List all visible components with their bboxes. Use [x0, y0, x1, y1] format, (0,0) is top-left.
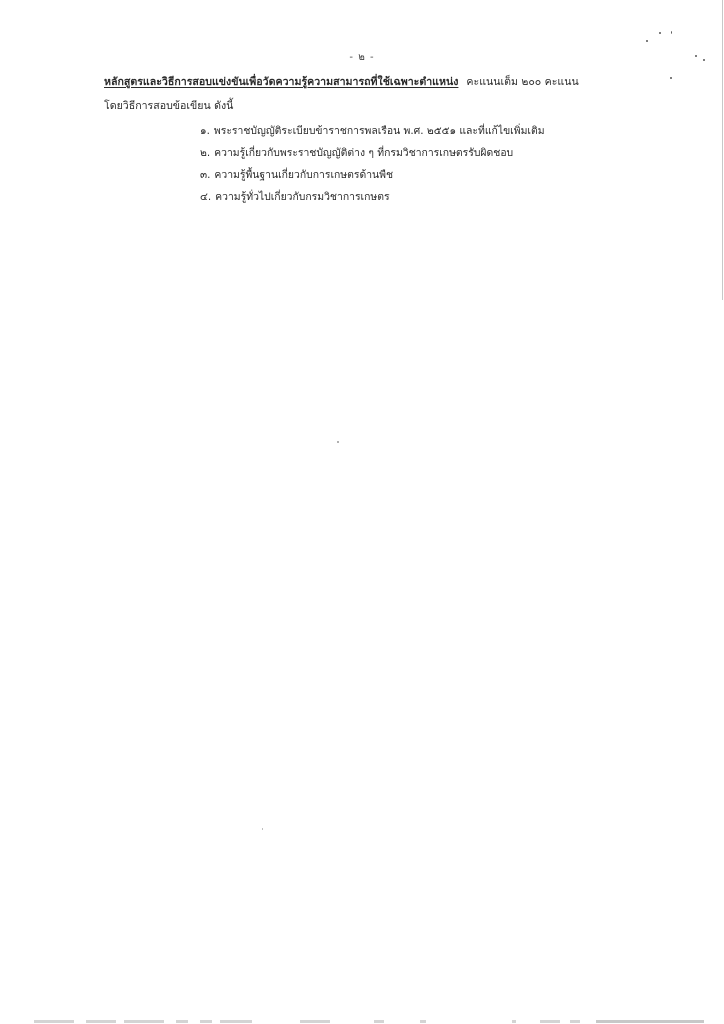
page-number: - ๒ - [0, 50, 724, 65]
bleed-through-mark [176, 1020, 188, 1023]
bleed-through-mark [570, 1020, 580, 1023]
bleed-through-mark [34, 1020, 74, 1023]
scan-speck [671, 31, 672, 34]
section-heading-title: หลักสูตรและวิธีการสอบแข่งขันเพื่อวัดความ… [104, 76, 458, 88]
bleed-through-mark [374, 1020, 384, 1023]
syllabus-item: ๒.ความรู้เกี่ยวกับพระราชบัญญัติต่าง ๆ ที… [200, 142, 545, 164]
syllabus-item: ๓.ความรู้พื้นฐานเกี่ยวกับการเกษตรด้านพืช [200, 164, 545, 186]
scan-speck [337, 441, 339, 443]
scan-speck [670, 77, 672, 79]
bleed-through-mark [300, 1020, 330, 1023]
syllabus-item: ๑.พระราชบัญญัติระเบียบข้าราชการพลเรือน พ… [200, 120, 545, 142]
bleed-through-mark [124, 1020, 164, 1023]
syllabus-item-text: ความรู้ทั่วไปเกี่ยวกับกรมวิชาการเกษตร [215, 191, 389, 203]
syllabus-item-text: ความรู้เกี่ยวกับพระราชบัญญัติต่าง ๆ ที่ก… [214, 147, 513, 159]
bleed-through-mark [86, 1020, 116, 1023]
scan-speck [262, 828, 263, 830]
syllabus-list: ๑.พระราชบัญญัติระเบียบข้าราชการพลเรือน พ… [200, 120, 545, 208]
bleed-through-mark [420, 1020, 426, 1023]
exam-method-text: โดยวิธีการสอบข้อเขียน ดังนี้ [104, 98, 233, 114]
bleed-through-mark [200, 1020, 212, 1023]
bleed-through-mark [540, 1020, 560, 1023]
syllabus-item-number: ๔. [200, 191, 211, 203]
scan-edge-line [722, 0, 723, 300]
syllabus-item-text: พระราชบัญญัติระเบียบข้าราชการพลเรือน พ.ศ… [214, 125, 545, 137]
scan-speck [703, 59, 705, 61]
syllabus-item-number: ๒. [200, 147, 210, 159]
syllabus-item-number: ๓. [200, 169, 210, 181]
scan-speck [695, 55, 697, 57]
bleed-through-mark [512, 1020, 516, 1023]
syllabus-item: ๔.ความรู้ทั่วไปเกี่ยวกับกรมวิชาการเกษตร [200, 186, 545, 208]
full-score-text: คะแนนเต็ม ๒๐๐ คะแนน [466, 76, 578, 88]
section-heading-line: หลักสูตรและวิธีการสอบแข่งขันเพื่อวัดความ… [104, 74, 579, 90]
scan-speck [659, 32, 661, 34]
syllabus-item-text: ความรู้พื้นฐานเกี่ยวกับการเกษตรด้านพืช [214, 169, 393, 181]
document-page: - ๒ - หลักสูตรและวิธีการสอบแข่งขันเพื่อว… [0, 0, 724, 1024]
scan-speck [646, 40, 648, 42]
bleed-through-mark [596, 1020, 704, 1023]
bleed-through-mark [220, 1020, 252, 1023]
syllabus-item-number: ๑. [200, 125, 210, 137]
